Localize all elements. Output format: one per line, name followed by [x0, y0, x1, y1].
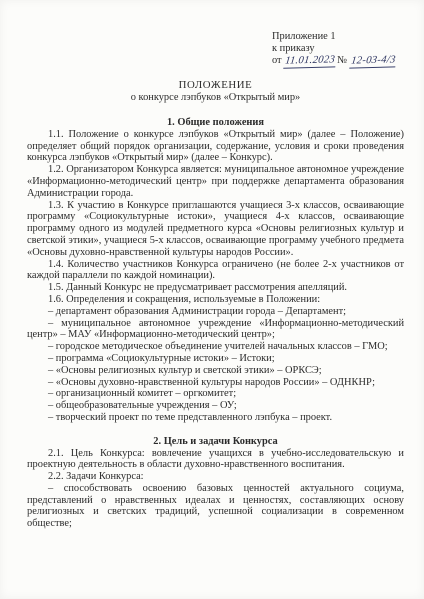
handwritten-date: 11.01.2023 [283, 54, 336, 68]
document-subtitle: о конкурсе лэпбуков «Открытый мир» [27, 92, 404, 104]
task-item: – способствовать освоению базовых ценнос… [27, 483, 404, 530]
section-1-heading: 1. Общие положения [27, 117, 404, 129]
definition-item: – общеобразовательные учреждения – ОУ; [27, 400, 404, 412]
document-title: ПОЛОЖЕНИЕ [27, 80, 404, 92]
annex-line-date: от 11.01.2023№ 12-03-4/3 [272, 55, 404, 68]
section-2-heading: 2. Цель и задачи Конкурса [27, 436, 404, 448]
paragraph-1-5: 1.5. Данный Конкурс не предусматривает р… [27, 282, 404, 294]
handwritten-number: 12-03-4/3 [349, 54, 397, 68]
definition-item: – городское методическое объединение учи… [27, 341, 404, 353]
definition-item: – программа «Социокультурные истоки» – И… [27, 353, 404, 365]
paragraph-1-1: 1.1. Положение о конкурсе лэпбуков «Откр… [27, 129, 404, 164]
paragraph-1-3: 1.3. К участию в Конкурсе приглашаются у… [27, 200, 404, 259]
from-label: от [272, 55, 282, 66]
number-sign: № [337, 55, 347, 66]
paragraph-1-2: 1.2. Организатором Конкурса является: му… [27, 164, 404, 199]
definition-item: – творческий проект по теме представленн… [27, 412, 404, 424]
paragraph-1-4: 1.4. Количество участников Конкурса огра… [27, 259, 404, 283]
paragraph-2-2: 2.2. Задачи Конкурса: [27, 471, 404, 483]
paragraph-2-1: 2.1. Цель Конкурса: вовлечение учащихся … [27, 448, 404, 472]
annex-line-order: к приказу [272, 43, 404, 55]
definition-item: – «Основы религиозных культур и светской… [27, 365, 404, 377]
document-page: Приложение 1 к приказу от 11.01.2023№ 12… [0, 0, 424, 599]
definition-item: – организационный комитет – оргкомитет; [27, 388, 404, 400]
title-block: ПОЛОЖЕНИЕ о конкурсе лэпбуков «Открытый … [27, 80, 404, 104]
definition-item: – департамент образования Администрации … [27, 306, 404, 318]
definition-item: – «Основы духовно-нравственной культуры … [27, 377, 404, 389]
annex-block: Приложение 1 к приказу от 11.01.2023№ 12… [272, 31, 404, 67]
annex-line-appendix: Приложение 1 [272, 31, 404, 43]
paragraph-1-6: 1.6. Определения и сокращения, используе… [27, 294, 404, 306]
definition-item: – муниципальное автономное учреждение «И… [27, 318, 404, 342]
